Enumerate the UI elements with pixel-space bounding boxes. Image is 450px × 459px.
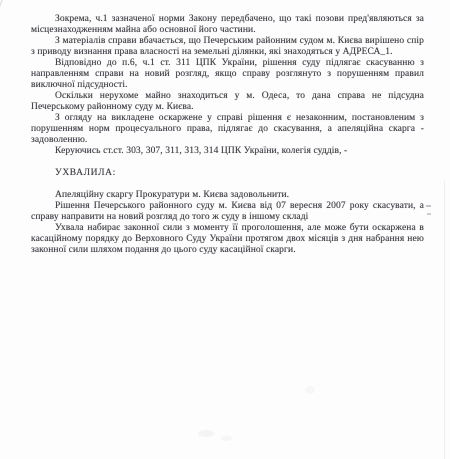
paragraph: Відповідно до п.6, ч.1 ст. 311 ЦПК Украї… (31, 58, 424, 91)
paragraph: З огляду на викладене оскаржене у справі… (31, 113, 424, 146)
paragraph: Ухвала набирає законної сили з моменту ї… (31, 223, 424, 256)
paragraph: Рішення Печерського районного суду м. Ки… (31, 201, 424, 223)
document-text-block: Зокрема, ч.1 зазначеної норми Закону пер… (0, 0, 450, 256)
paragraph: Керуючись ст.ст. 303, 307, 311, 313, 314… (31, 146, 424, 157)
paragraph: Апеляційну скаргу Прокуратури м. Києва з… (31, 190, 424, 201)
paragraph: Оскільки нерухоме майно знаходиться у м.… (31, 91, 424, 113)
paragraph: Зокрема, ч.1 зазначеної норми Закону пер… (31, 14, 424, 36)
resolution-heading: УХВАЛИЛА: (31, 168, 424, 179)
scan-artifact-smudge (305, 386, 315, 394)
scanned-document-page: Зокрема, ч.1 зазначеної норми Закону пер… (0, 0, 450, 459)
paragraph: З матеріалів справи вбачається, що Печер… (31, 36, 424, 58)
scan-artifact-smudge (221, 436, 232, 441)
scan-artifact-smudge (198, 430, 214, 437)
